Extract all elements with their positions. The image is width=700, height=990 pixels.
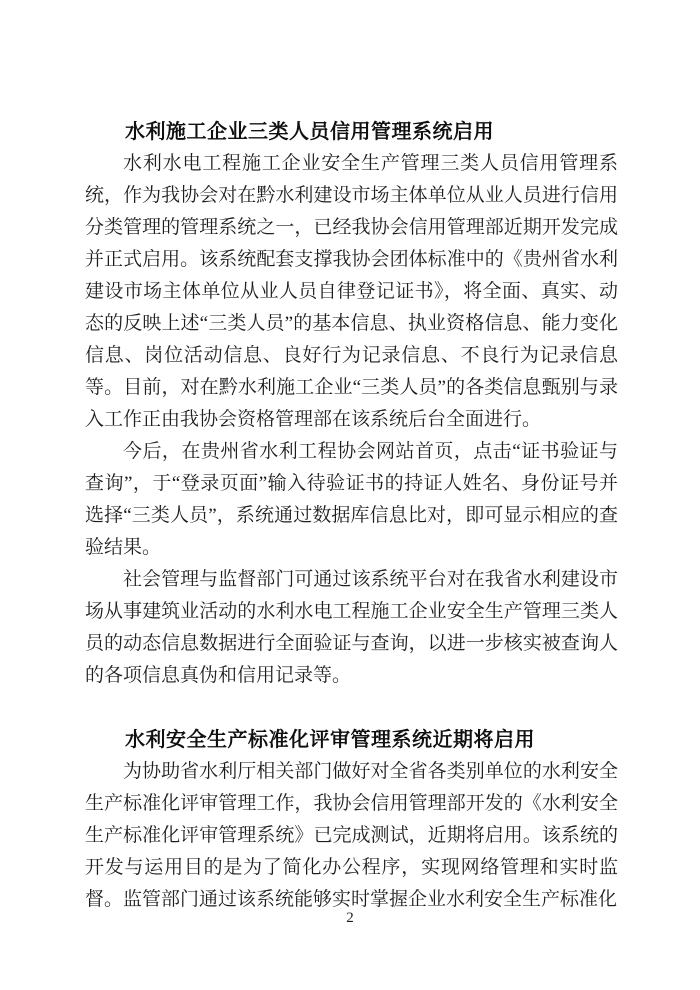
section-2-heading: 水利安全生产标准化评审管理系统近期将启用 [85, 724, 618, 756]
page-content: 水利施工企业三类人员信用管理系统启用 水利水电工程施工企业安全生产管理三类人员信… [85, 116, 618, 916]
section-1-heading: 水利施工企业三类人员信用管理系统启用 [85, 116, 618, 148]
section-standardization-system: 水利安全生产标准化评审管理系统近期将启用 为协助省水利厅相关部门做好对全省各类别… [85, 724, 618, 916]
document-page: 水利施工企业三类人员信用管理系统启用 水利水电工程施工企业安全生产管理三类人员信… [0, 0, 700, 990]
page-number: 2 [0, 910, 700, 927]
section-1-paragraph-1: 水利水电工程施工企业安全生产管理三类人员信用管理系统，作为我协会对在黔水利建设市… [85, 148, 618, 436]
section-1-paragraph-2: 今后，在贵州省水利工程协会网站首页，点击“证书验证与查询”，于“登录页面”输入待… [85, 436, 618, 564]
section-1-paragraph-3: 社会管理与监督部门可通过该系统平台对在我省水利建设市场从事建筑业活动的水利水电工… [85, 564, 618, 692]
section-credit-system: 水利施工企业三类人员信用管理系统启用 水利水电工程施工企业安全生产管理三类人员信… [85, 116, 618, 692]
section-2-paragraph-1: 为协助省水利厅相关部门做好对全省各类别单位的水利安全生产标准化评审管理工作，我协… [85, 756, 618, 916]
